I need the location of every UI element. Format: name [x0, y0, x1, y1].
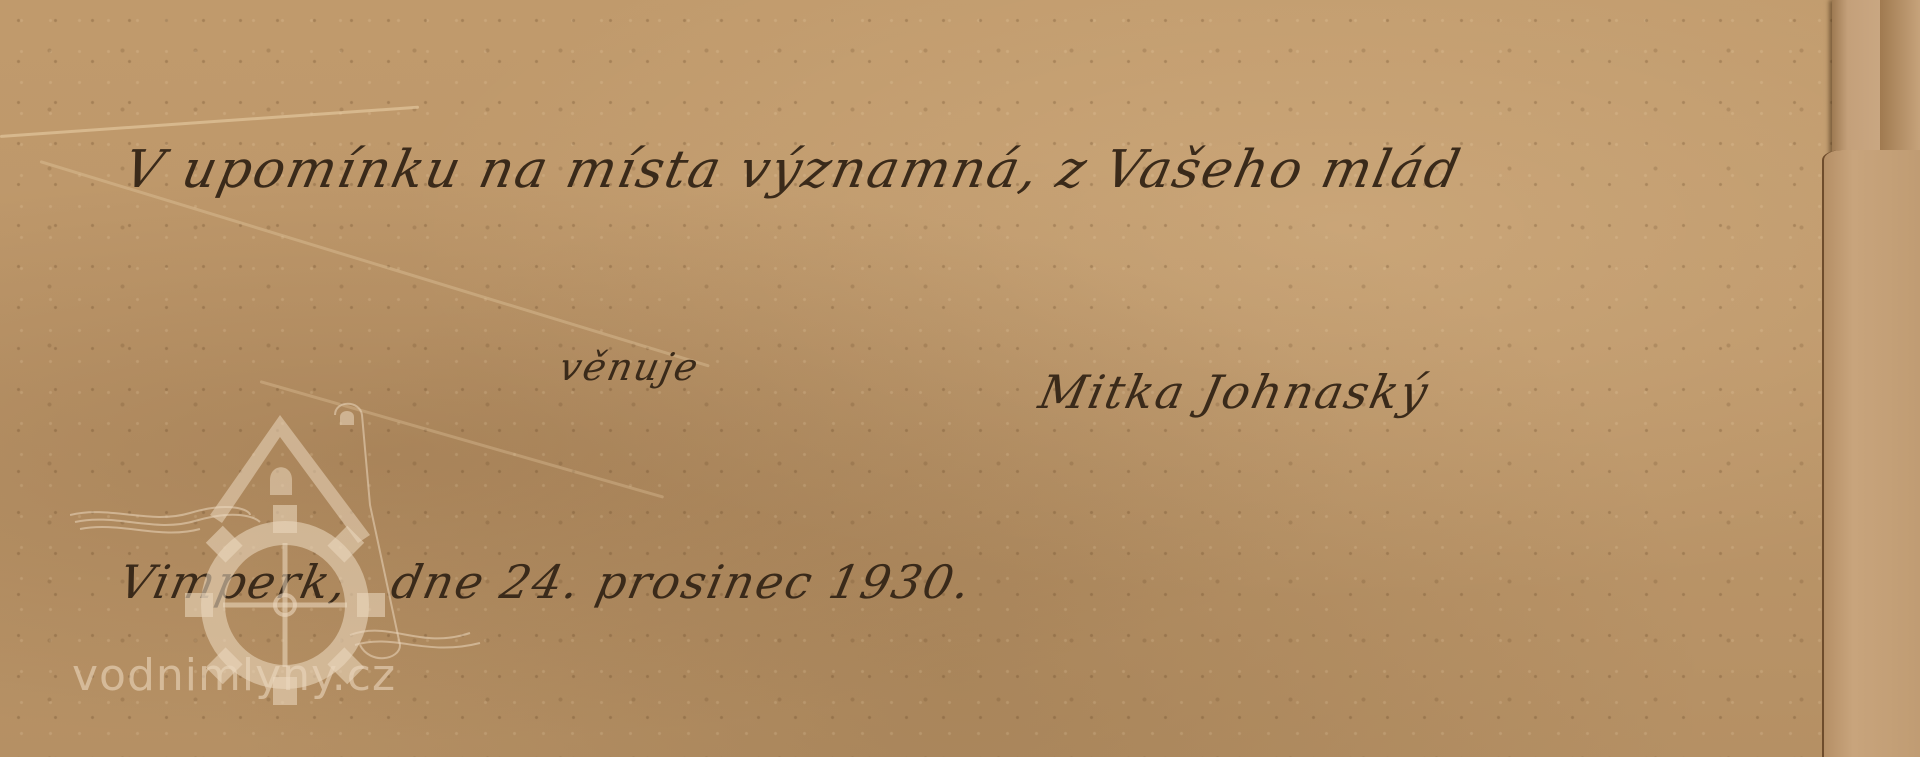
paper-fold-flap	[1822, 150, 1920, 757]
watermark-text: vodnimlyny.cz	[72, 650, 396, 701]
aged-paper-photo: V upomínku na místa významná, z Vašeho m…	[0, 0, 1920, 757]
handwritten-place-date-line: Vimperk, dne 24. prosinec 1930.	[114, 555, 977, 609]
handwritten-date: dne 24. prosinec 1930.	[387, 555, 978, 609]
paper-scratch	[0, 106, 419, 138]
paper-texture	[0, 0, 1920, 757]
paper-fold-top	[1880, 0, 1920, 160]
handwritten-word-venuje: věnuje	[555, 345, 704, 389]
handwritten-place: Vimperk,	[114, 555, 353, 609]
handwritten-dedication-line: V upomínku na místa významná, z Vašeho m…	[119, 140, 1467, 200]
handwritten-signature: Mitka Johnaský	[1034, 365, 1434, 419]
paper-scratch	[260, 380, 665, 499]
